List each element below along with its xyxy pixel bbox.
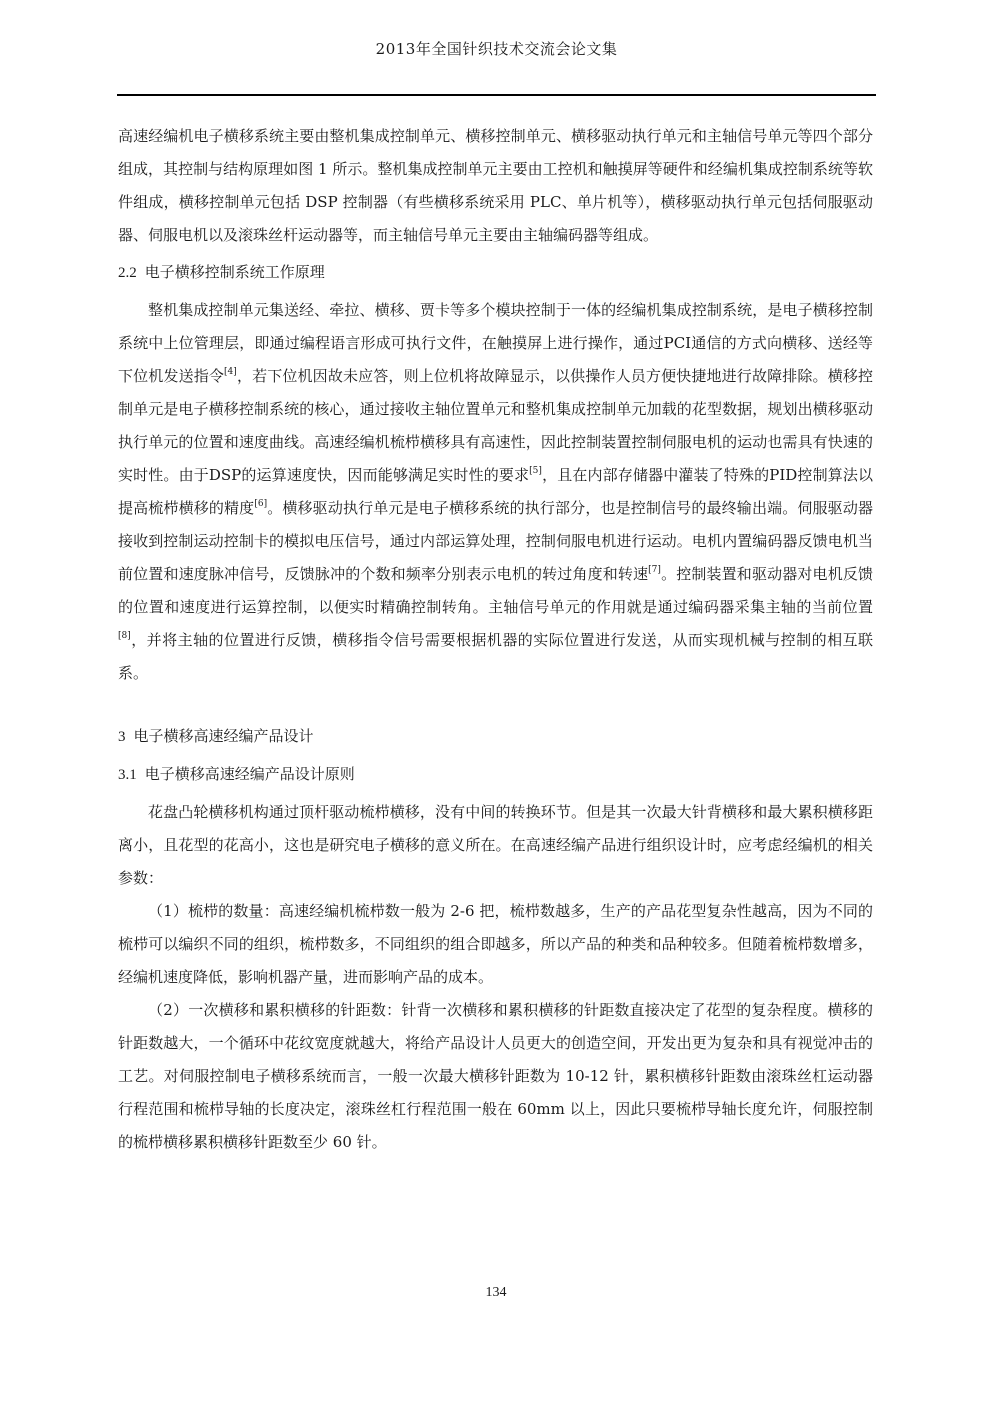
section-3-1-heading: 3.1电子横移高速经编产品设计原则 xyxy=(118,758,873,792)
running-header: 2013年全国针织技术交流会论文集 xyxy=(117,38,876,59)
section-title: 电子横移高速经编产品设计原则 xyxy=(145,765,355,783)
citation-7: [7] xyxy=(648,565,661,575)
section-title: 电子横移控制系统工作原理 xyxy=(145,263,325,281)
list-item-1: （1）梳栉的数量：高速经编机梳栉数一般为 2-6 把，梳栉数越多，生产的产品花型… xyxy=(118,895,873,994)
section-3-1-paragraph: 花盘凸轮横移机构通过顶杆驱动梳栉横移，没有中间的转换环节。但是其一次最大针背横移… xyxy=(118,796,873,895)
section-number: 3 xyxy=(118,729,126,745)
text-run: ，并将主轴的位置进行反馈，横移指令信号需要根据机器的实际位置进行发送，从而实现机… xyxy=(118,631,873,682)
intro-paragraph: 高速经编机电子横移系统主要由整机集成控制单元、横移控制单元、横移驱动执行单元和主… xyxy=(118,120,873,252)
citation-8: [8] xyxy=(118,631,131,641)
section-number: 3.1 xyxy=(118,767,137,783)
page-body: 高速经编机电子横移系统主要由整机集成控制单元、横移控制单元、横移驱动执行单元和主… xyxy=(118,120,873,1159)
section-3-heading: 3电子横移高速经编产品设计 xyxy=(118,720,873,754)
list-item-2: （2）一次横移和累积横移的针距数：针背一次横移和累积横移的针距数直接决定了花型的… xyxy=(118,994,873,1159)
page-number: 134 xyxy=(0,1285,992,1301)
citation-5: [5] xyxy=(529,466,542,476)
section-number: 2.2 xyxy=(118,265,137,281)
header-rule xyxy=(117,94,876,96)
section-2-2-heading: 2.2电子横移控制系统工作原理 xyxy=(118,256,873,290)
section-title: 电子横移高速经编产品设计 xyxy=(134,727,314,745)
section-2-2-paragraph: 整机集成控制单元集送经、牵拉、横移、贾卡等多个模块控制于一体的经编机集成控制系统… xyxy=(118,294,873,690)
citation-4: [4] xyxy=(224,367,237,377)
citation-6: [6] xyxy=(254,499,267,509)
